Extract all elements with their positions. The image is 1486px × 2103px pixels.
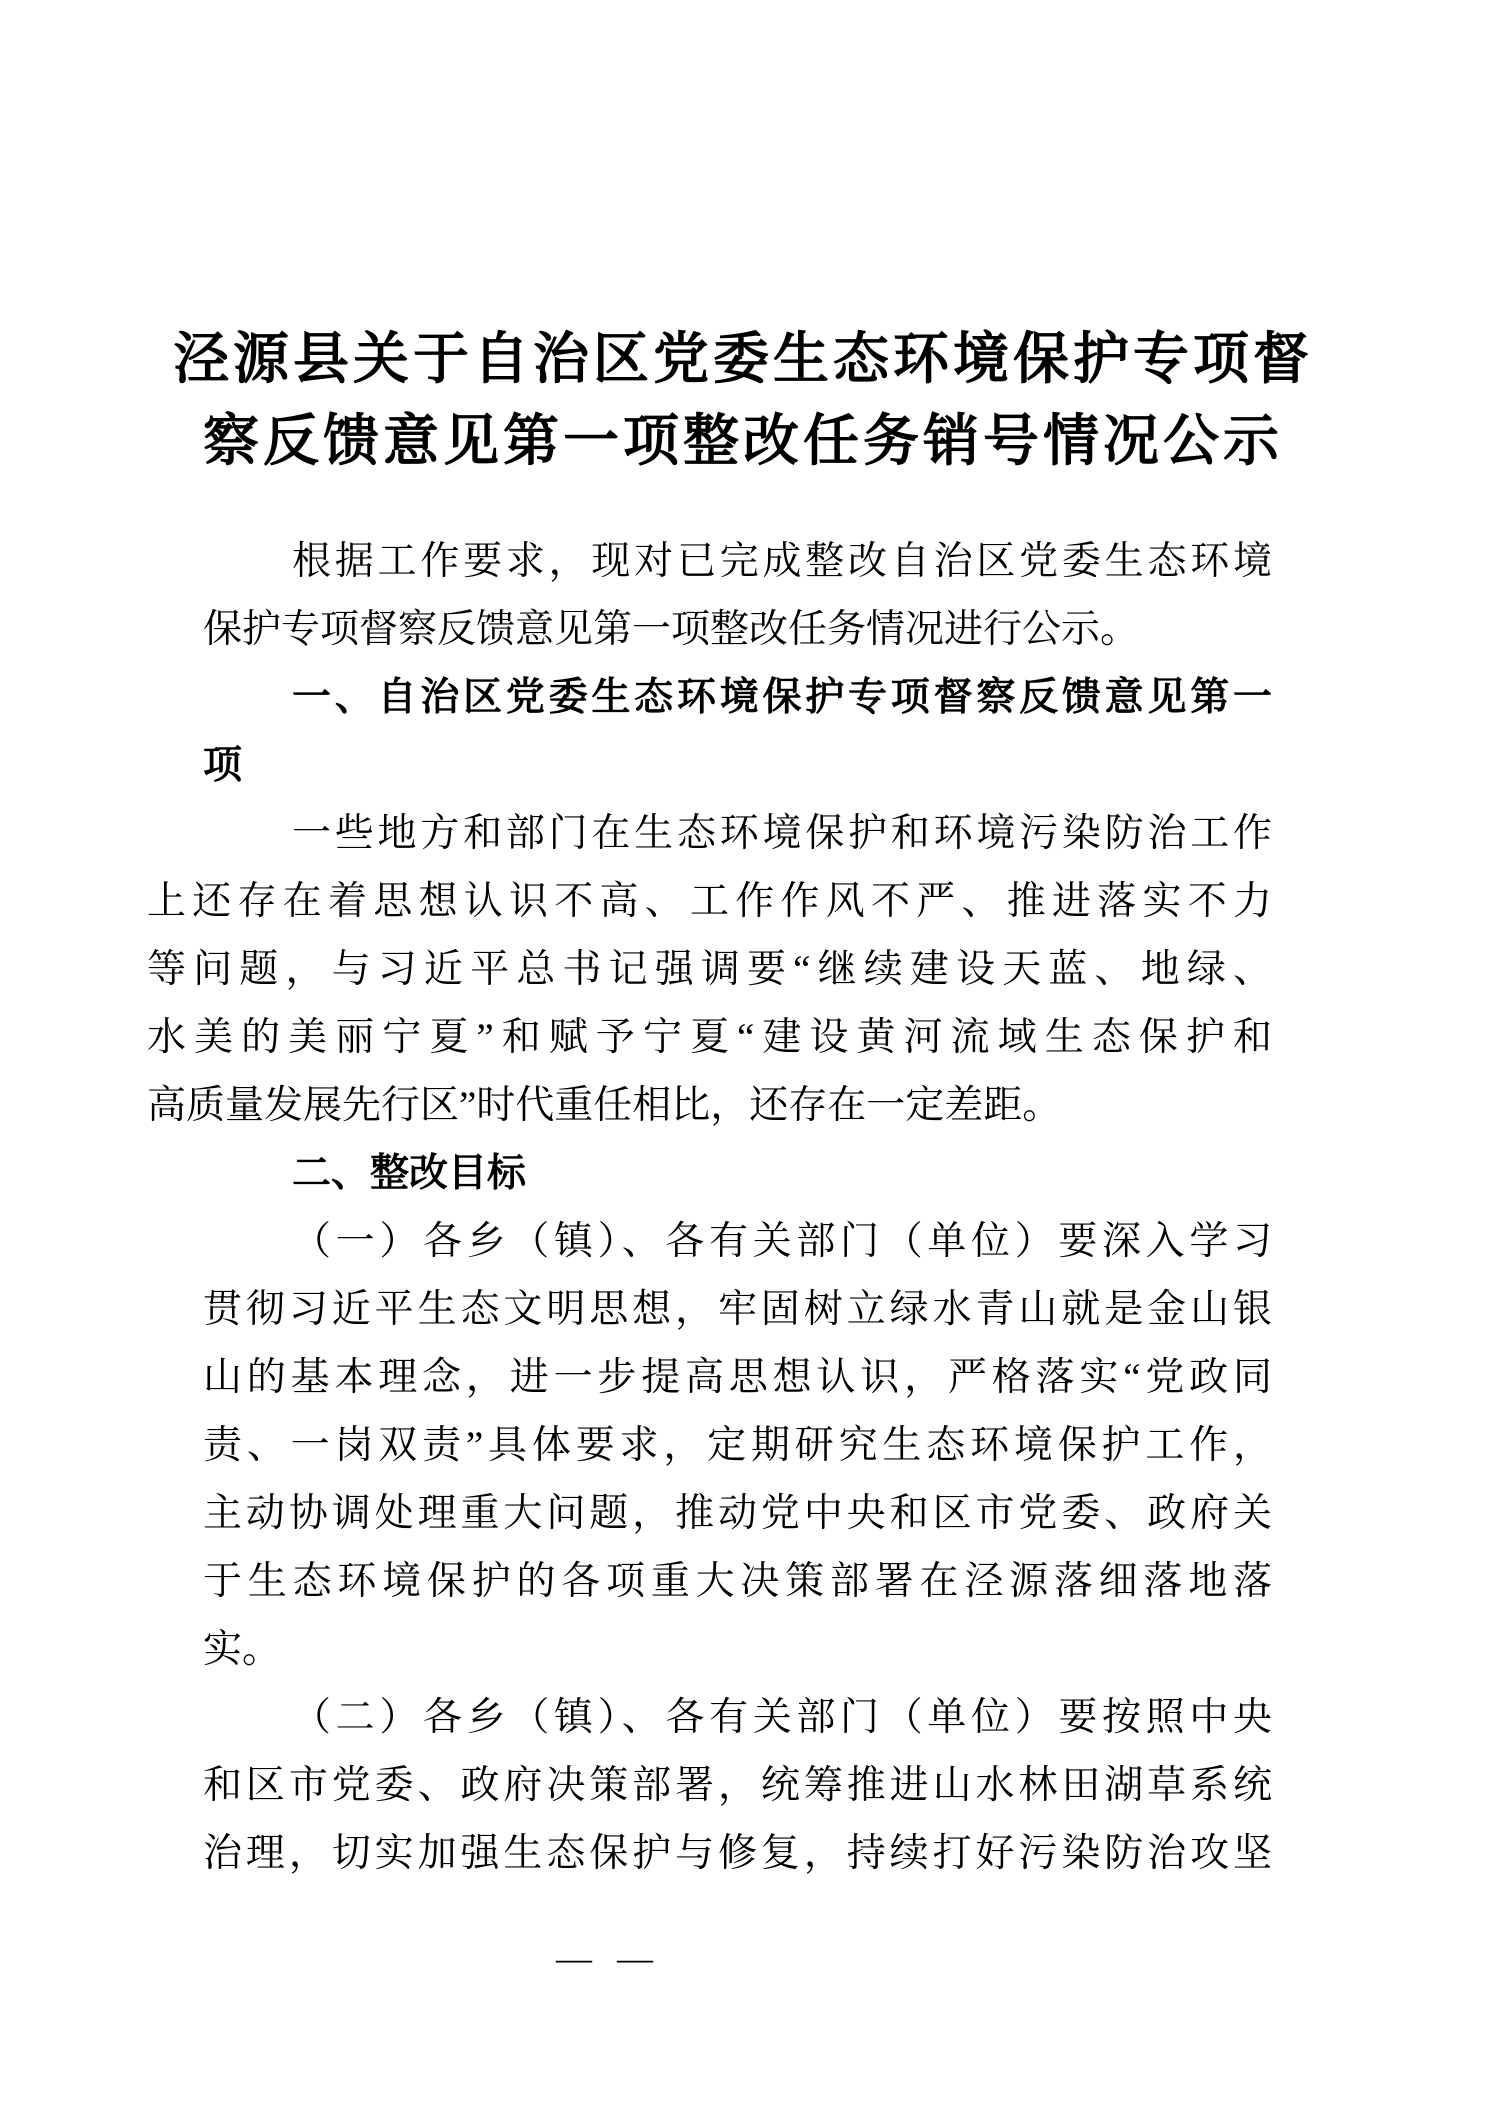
document-body: 根据工作要求，现对已完成整改自治区党委生态环境保护专项督察反馈意见第一项整改任务… — [147, 528, 1272, 1888]
text-line: （一）各乡（镇）、各有关部门（单位）要深入学习 — [203, 1208, 1272, 1276]
section-heading: 一、自治区党委生态环境保护专项督察反馈意见第一项 — [203, 664, 1272, 800]
document-title-line-1: 泾源县关于自治区党委生态环境保护专项督 — [0, 318, 1486, 400]
text-line: 项 — [203, 732, 1272, 800]
document-page: 泾源县关于自治区党委生态环境保护专项督 察反馈意见第一项整改任务销号情况公示 根… — [0, 0, 1486, 2103]
paragraph: 根据工作要求，现对已完成整改自治区党委生态环境保护专项督察反馈意见第一项整改任务… — [203, 528, 1272, 664]
text-line: 主动协调处理重大问题，推动党中央和区市党委、政府关 — [203, 1480, 1272, 1548]
text-line: 贯彻习近平生态文明思想，牢固树立绿水青山就是金山银 — [203, 1276, 1272, 1344]
paragraph: （二）各乡（镇）、各有关部门（单位）要按照中央和区市党委、政府决策部署，统筹推进… — [203, 1684, 1272, 1888]
text-line: 高质量发展先行区”时代重任相比，还存在一定差距。 — [147, 1072, 1272, 1140]
text-line: 责、一岗双责”具体要求，定期研究生态环境保护工作， — [203, 1412, 1272, 1480]
text-line: 于生态环境保护的各项重大决策部署在泾源落细落地落 — [203, 1548, 1272, 1616]
section-heading: 二、整改目标 — [203, 1140, 1272, 1208]
text-line: 二、整改目标 — [203, 1140, 1272, 1208]
text-line: 一、自治区党委生态环境保护专项督察反馈意见第一 — [203, 664, 1272, 732]
text-line: 根据工作要求，现对已完成整改自治区党委生态环境 — [203, 528, 1272, 596]
text-line: 水美的美丽宁夏”和赋予宁夏“建设黄河流域生态保护和 — [147, 1004, 1272, 1072]
text-line: 山的基本理念，进一步提高思想认识，严格落实“党政同 — [203, 1344, 1272, 1412]
page-number-marker: — — — [556, 1928, 661, 1988]
text-line: 一些地方和部门在生态环境保护和环境污染防治工作 — [147, 800, 1272, 868]
text-line: （二）各乡（镇）、各有关部门（单位）要按照中央 — [203, 1684, 1272, 1752]
text-line: 实。 — [203, 1616, 1272, 1684]
text-line: 治理，切实加强生态保护与修复，持续打好污染防治攻坚 — [203, 1820, 1272, 1888]
paragraph: 一些地方和部门在生态环境保护和环境污染防治工作上还存在着思想认识不高、工作作风不… — [147, 800, 1272, 1140]
paragraph: （一）各乡（镇）、各有关部门（单位）要深入学习贯彻习近平生态文明思想，牢固树立绿… — [203, 1208, 1272, 1684]
text-line: 上还存在着思想认识不高、工作作风不严、推进落实不力 — [147, 868, 1272, 936]
document-title-line-2: 察反馈意见第一项整改任务销号情况公示 — [0, 400, 1486, 482]
text-line: 等问题，与习近平总书记强调要“继续建设天蓝、地绿、 — [147, 936, 1272, 1004]
document-title: 泾源县关于自治区党委生态环境保护专项督 察反馈意见第一项整改任务销号情况公示 — [0, 318, 1486, 482]
text-line: 和区市党委、政府决策部署，统筹推进山水林田湖草系统 — [203, 1752, 1272, 1820]
text-line: 保护专项督察反馈意见第一项整改任务情况进行公示。 — [203, 596, 1272, 664]
